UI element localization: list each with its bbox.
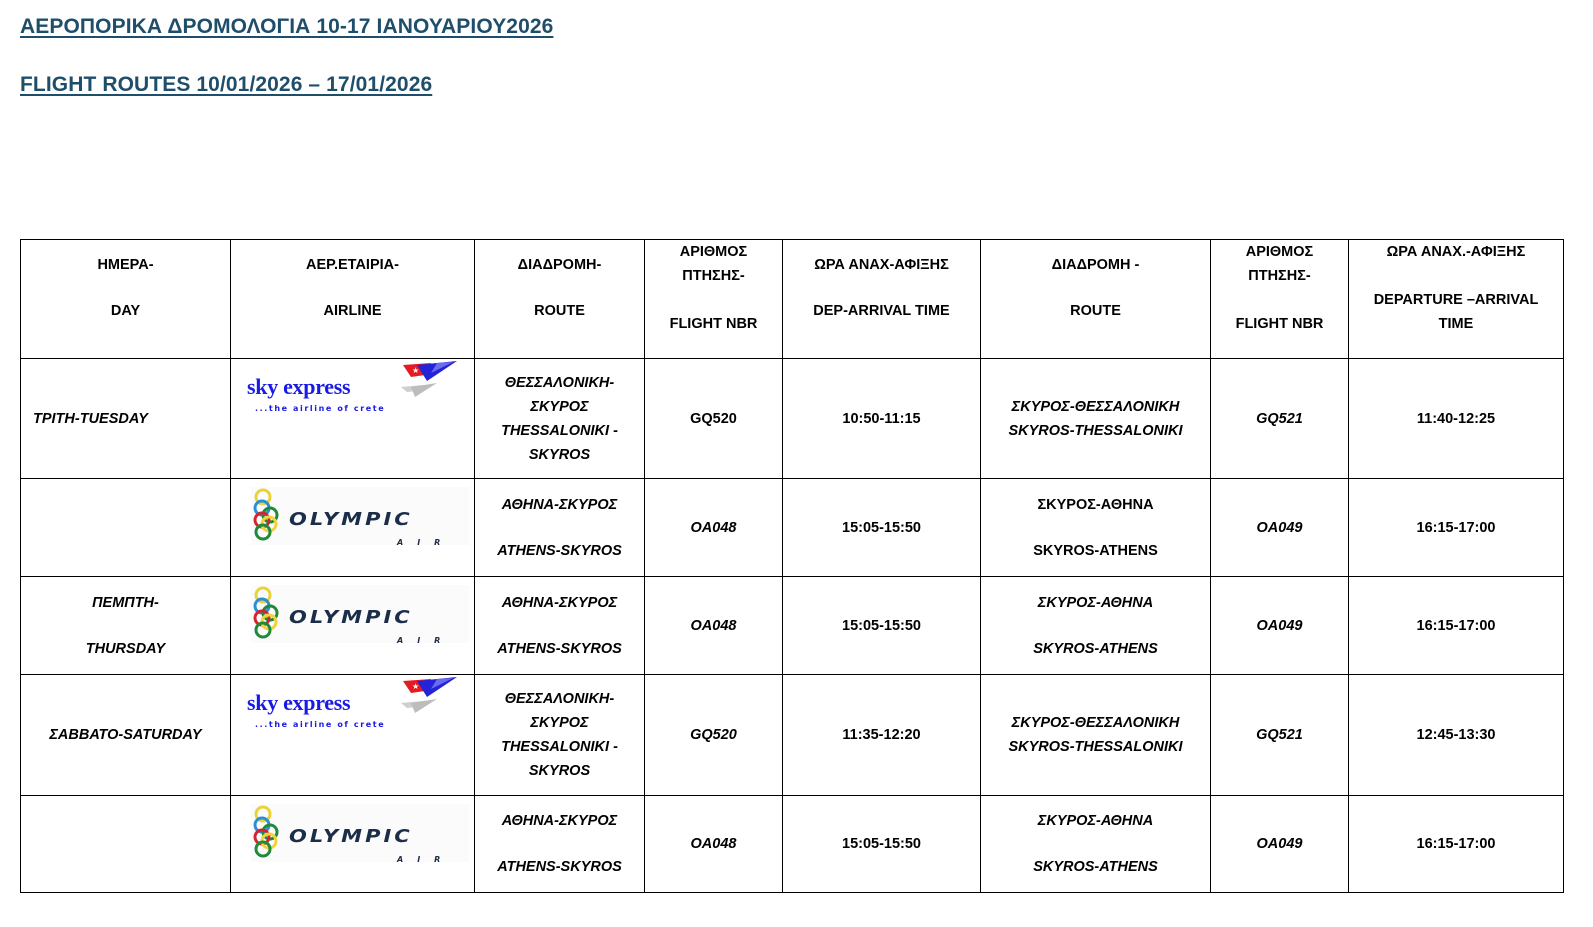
table-row: OLYMPIC AIR ΑΘΗΝΑ-ΣΚΥΡΟΣ ATHENS-SKYROS O… xyxy=(21,796,1564,893)
header-airline-en: AIRLINE xyxy=(324,303,382,319)
olympic-wordmark: OLYMPIC xyxy=(289,509,413,529)
route-out-cell: ΑΘΗΝΑ-ΣΚΥΡΟΣ ATHENS-SKYROS xyxy=(475,577,645,675)
day-cell: ΠΕΜΠΤΗ- THURSDAY xyxy=(21,577,231,675)
route-out-line: SKYROS xyxy=(529,763,590,779)
flight-ret-cell: OA049 xyxy=(1211,479,1349,577)
page-title-greek: ΑΕΡΟΠΟΡΙΚΑ ΔΡΟΜΟΛΟΓΙΑ 10-17 ΙΑΝΟΥΑΡΙΟΥ20… xyxy=(20,15,553,39)
flight-out-cell: OA048 xyxy=(645,796,783,893)
table-row: ΤΡΙΤΗ-TUESDAY sky express ...the airline… xyxy=(21,359,1564,479)
header-time-ret: ΩΡΑ ΑΝΑΧ.-ΑΦΙΞΗΣ DEPARTURE –ARRIVAL TIME xyxy=(1349,240,1564,359)
page-title-english: FLIGHT ROUTES 10/01/2026 – 17/01/2026 xyxy=(20,73,432,97)
day-cell xyxy=(21,796,231,893)
header-route-ret: ΔΙΑΔΡΟΜΗ - ROUTE xyxy=(981,240,1211,359)
header-flight-out-gr1: ΑΡΙΘΜΟΣ xyxy=(680,244,748,260)
flight-out-cell: GQ520 xyxy=(645,675,783,796)
header-flight-out: ΑΡΙΘΜΟΣ ΠΤΗΣΗΣ- FLIGHT NBR xyxy=(645,240,783,359)
olympic-air-subtext: AIR xyxy=(397,629,454,653)
time-out-cell: 15:05-15:50 xyxy=(783,577,981,675)
olympic-rings-icon xyxy=(251,585,291,643)
route-ret-en: SKYROS-THESSALONIKI xyxy=(1008,423,1182,439)
flight-out-cell: GQ520 xyxy=(645,359,783,479)
route-out-line: THESSALONIKI - xyxy=(501,423,618,439)
olympic-air-subtext: AIR xyxy=(397,848,454,872)
time-ret-cell: 16:15-17:00 xyxy=(1349,479,1564,577)
day-en: THURSDAY xyxy=(86,641,165,657)
airline-cell: OLYMPIC AIR xyxy=(231,796,475,893)
sky-express-wordmark: sky express xyxy=(247,375,350,399)
route-out-line: ΘΕΣΣΑΛΟΝΙΚΗ- xyxy=(505,691,614,707)
route-ret-gr: ΣΚΥΡΟΣ-ΑΘΗΝΑ xyxy=(1038,813,1153,829)
header-day-en: DAY xyxy=(111,303,140,319)
header-flight-ret: ΑΡΙΘΜΟΣ ΠΤΗΣΗΣ- FLIGHT NBR xyxy=(1211,240,1349,359)
header-flight-out-gr2: ΠΤΗΣΗΣ- xyxy=(682,268,745,284)
sky-express-wordmark: sky express xyxy=(247,691,350,715)
route-out-cell: ΘΕΣΣΑΛΟΝΙΚΗ- ΣΚΥΡΟΣ THESSALONIKI - SKYRO… xyxy=(475,675,645,796)
route-out-line: ΘΕΣΣΑΛΟΝΙΚΗ- xyxy=(505,375,614,391)
table-row: OLYMPIC AIR ΑΘΗΝΑ-ΣΚΥΡΟΣ ATHENS-SKYROS O… xyxy=(21,479,1564,577)
header-time-out-en: DEP-ARRIVAL TIME xyxy=(813,303,949,319)
header-route-out: ΔΙΑΔΡΟΜΗ- ROUTE xyxy=(475,240,645,359)
airline-cell: sky express ...the airline of crete ★ xyxy=(231,359,475,479)
day-cell xyxy=(21,479,231,577)
flight-out-cell: OA048 xyxy=(645,577,783,675)
flight-ret-cell: OA049 xyxy=(1211,796,1349,893)
flight-ret-cell: OA049 xyxy=(1211,577,1349,675)
header-time-out: ΩΡΑ ΑΝΑΧ-ΑΦΙΞΗΣ DEP-ARRIVAL TIME xyxy=(783,240,981,359)
olympic-rings-icon xyxy=(251,804,291,862)
route-ret-en: SKYROS-ATHENS xyxy=(1033,859,1158,875)
time-ret-cell: 16:15-17:00 xyxy=(1349,577,1564,675)
route-ret-en: SKYROS-THESSALONIKI xyxy=(1008,739,1182,755)
route-ret-en: SKYROS-ATHENS xyxy=(1033,641,1158,657)
route-ret-cell: ΣΚΥΡΟΣ-ΘΕΣΣΑΛΟΝΙΚΗ SKYROS-THESSALONIKI xyxy=(981,359,1211,479)
route-out-gr: ΑΘΗΝΑ-ΣΚΥΡΟΣ xyxy=(502,595,617,611)
route-ret-gr: ΣΚΥΡΟΣ-ΑΘΗΝΑ xyxy=(1038,595,1153,611)
airline-cell: OLYMPIC AIR xyxy=(231,577,475,675)
flight-schedule-table: ΗΜΕΡΑ- DAY ΑΕΡ.ΕΤΑΙΡΙΑ- AIRLINE ΔΙΑΔΡΟΜΗ… xyxy=(20,239,1564,893)
header-flight-out-en: FLIGHT NBR xyxy=(670,316,758,332)
flight-ret-cell: GQ521 xyxy=(1211,359,1349,479)
flight-ret-cell: GQ521 xyxy=(1211,675,1349,796)
route-out-cell: ΘΕΣΣΑΛΟΝΙΚΗ- ΣΚΥΡΟΣ THESSALONIKI - SKYRO… xyxy=(475,359,645,479)
time-ret-cell: 11:40-12:25 xyxy=(1349,359,1564,479)
route-out-line: ΣΚΥΡΟΣ xyxy=(530,399,588,415)
header-flight-ret-en: FLIGHT NBR xyxy=(1236,316,1324,332)
olympic-air-logo: OLYMPIC AIR xyxy=(251,487,469,545)
route-ret-gr: ΣΚΥΡΟΣ-ΑΘΗΝΑ xyxy=(1037,497,1153,513)
route-out-en: ATHENS-SKYROS xyxy=(497,641,622,657)
day-gr: ΠΕΜΠΤΗ- xyxy=(92,595,159,611)
header-route-ret-gr: ΔΙΑΔΡΟΜΗ - xyxy=(1052,257,1140,273)
route-ret-cell: ΣΚΥΡΟΣ-ΘΕΣΣΑΛΟΝΙΚΗ SKYROS-THESSALONIKI xyxy=(981,675,1211,796)
airline-cell: sky express ...the airline of crete ★ xyxy=(231,675,475,796)
olympic-wordmark: OLYMPIC xyxy=(289,607,413,627)
table-row: ΠΕΜΠΤΗ- THURSDAY OLYMPIC AIR ΑΘΗΝΑ-ΣΚΥΡΟ… xyxy=(21,577,1564,675)
olympic-air-logo: OLYMPIC AIR xyxy=(251,585,469,643)
header-time-ret-en2: TIME xyxy=(1439,316,1474,332)
svg-text:★: ★ xyxy=(412,682,419,691)
route-out-en: ATHENS-SKYROS xyxy=(497,859,622,875)
route-ret-gr: ΣΚΥΡΟΣ-ΘΕΣΣΑΛΟΝΙΚΗ xyxy=(1012,715,1180,731)
route-ret-cell: ΣΚΥΡΟΣ-ΑΘΗΝΑ SKYROS-ATHENS xyxy=(981,479,1211,577)
plane-wings-icon: ★ xyxy=(397,361,461,401)
header-airline-gr: ΑΕΡ.ΕΤΑΙΡΙΑ- xyxy=(306,257,399,273)
olympic-air-subtext: AIR xyxy=(397,531,454,555)
header-route-out-gr: ΔΙΑΔΡΟΜΗ- xyxy=(518,257,602,273)
day-cell: ΤΡΙΤΗ-TUESDAY xyxy=(21,359,231,479)
olympic-rings-icon xyxy=(251,487,291,545)
route-ret-en: SKYROS-ATHENS xyxy=(1033,543,1158,559)
route-out-line: ΣΚΥΡΟΣ xyxy=(530,715,588,731)
header-airline: ΑΕΡ.ΕΤΑΙΡΙΑ- AIRLINE xyxy=(231,240,475,359)
table-header-row: ΗΜΕΡΑ- DAY ΑΕΡ.ΕΤΑΙΡΙΑ- AIRLINE ΔΙΑΔΡΟΜΗ… xyxy=(21,240,1564,359)
route-out-line: SKYROS xyxy=(529,447,590,463)
svg-text:★: ★ xyxy=(412,366,419,375)
route-out-gr: ΑΘΗΝΑ-ΣΚΥΡΟΣ xyxy=(502,497,617,513)
sky-express-tagline: ...the airline of crete xyxy=(255,713,385,737)
header-time-ret-en1: DEPARTURE –ARRIVAL xyxy=(1374,292,1539,308)
sky-express-logo: sky express ...the airline of crete ★ xyxy=(245,677,461,727)
day-cell: ΣΑΒΒΑΤΟ-SATURDAY xyxy=(21,675,231,796)
route-out-en: ATHENS-SKYROS xyxy=(497,543,622,559)
header-route-ret-en: ROUTE xyxy=(1070,303,1121,319)
route-out-cell: ΑΘΗΝΑ-ΣΚΥΡΟΣ ATHENS-SKYROS xyxy=(475,796,645,893)
sky-express-tagline: ...the airline of crete xyxy=(255,397,385,421)
plane-wings-icon: ★ xyxy=(397,677,461,717)
time-ret-cell: 16:15-17:00 xyxy=(1349,796,1564,893)
flight-out-cell: OA048 xyxy=(645,479,783,577)
sky-express-logo: sky express ...the airline of crete ★ xyxy=(245,361,461,411)
header-route-out-en: ROUTE xyxy=(534,303,585,319)
route-out-line: THESSALONIKI - xyxy=(501,739,618,755)
header-flight-ret-gr1: ΑΡΙΘΜΟΣ xyxy=(1246,244,1314,260)
route-ret-gr: ΣΚΥΡΟΣ-ΘΕΣΣΑΛΟΝΙΚΗ xyxy=(1012,399,1180,415)
olympic-wordmark: OLYMPIC xyxy=(289,826,413,846)
time-out-cell: 10:50-11:15 xyxy=(783,359,981,479)
header-time-out-gr: ΩΡΑ ΑΝΑΧ-ΑΦΙΞΗΣ xyxy=(814,257,949,273)
table-row: ΣΑΒΒΑΤΟ-SATURDAY sky express ...the airl… xyxy=(21,675,1564,796)
time-out-cell: 15:05-15:50 xyxy=(783,796,981,893)
airline-cell: OLYMPIC AIR xyxy=(231,479,475,577)
header-day: ΗΜΕΡΑ- DAY xyxy=(21,240,231,359)
route-out-gr: ΑΘΗΝΑ-ΣΚΥΡΟΣ xyxy=(502,813,617,829)
time-out-cell: 15:05-15:50 xyxy=(783,479,981,577)
header-day-gr: ΗΜΕΡΑ- xyxy=(97,257,153,273)
header-flight-ret-gr2: ΠΤΗΣΗΣ- xyxy=(1248,268,1311,284)
olympic-air-logo: OLYMPIC AIR xyxy=(251,804,469,862)
time-ret-cell: 12:45-13:30 xyxy=(1349,675,1564,796)
route-ret-cell: ΣΚΥΡΟΣ-ΑΘΗΝΑ SKYROS-ATHENS xyxy=(981,796,1211,893)
time-out-cell: 11:35-12:20 xyxy=(783,675,981,796)
route-out-cell: ΑΘΗΝΑ-ΣΚΥΡΟΣ ATHENS-SKYROS xyxy=(475,479,645,577)
route-ret-cell: ΣΚΥΡΟΣ-ΑΘΗΝΑ SKYROS-ATHENS xyxy=(981,577,1211,675)
header-time-ret-gr: ΩΡΑ ΑΝΑΧ.-ΑΦΙΞΗΣ xyxy=(1387,244,1526,260)
